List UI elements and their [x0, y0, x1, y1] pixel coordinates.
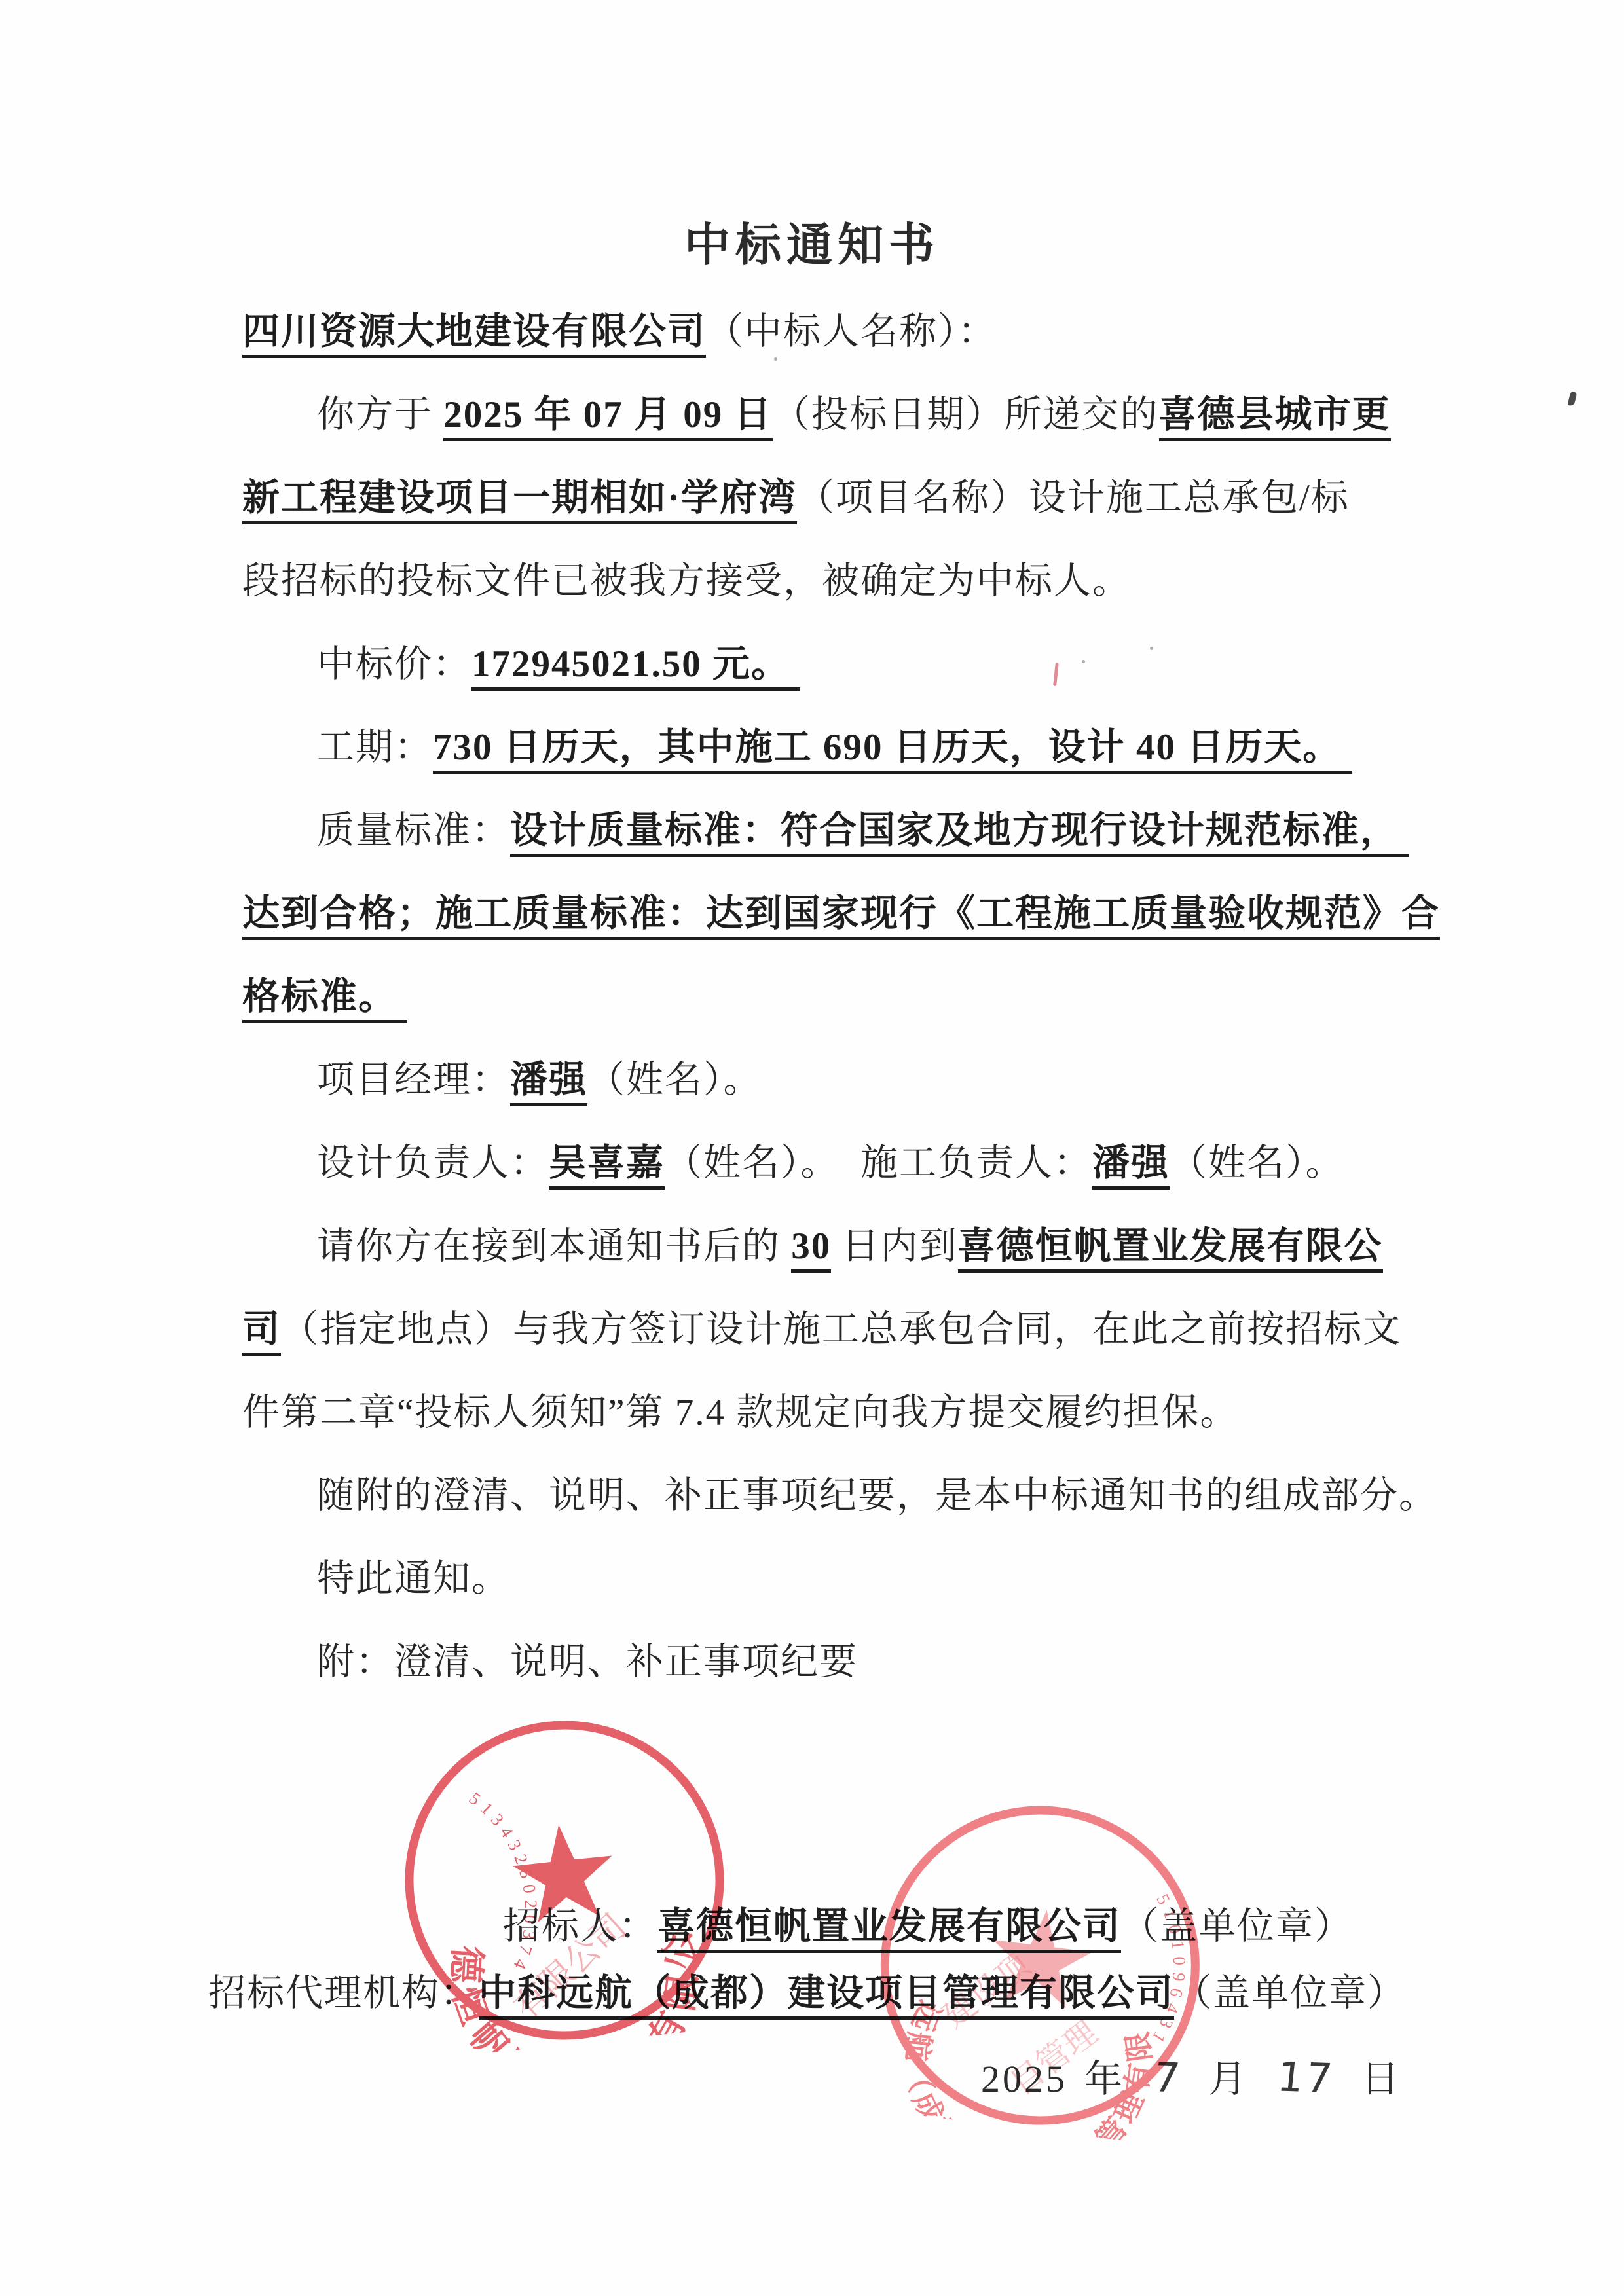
- text-segment: 招标代理机构：: [208, 1973, 479, 2014]
- text-segment: 730 日历天，其中施工 690 日历天，设计 40 日历天。: [433, 727, 1352, 774]
- body-line: 四川资源大地建设有限公司（中标人名称）：: [242, 296, 1408, 379]
- text-segment: （中标人名称）：: [706, 311, 997, 352]
- date-text: 月: [1208, 2048, 1249, 2103]
- scanned-document-page: 中标通知书 四川资源大地建设有限公司（中标人名称）：你方于 2025 年 07 …: [0, 0, 1624, 2296]
- text-segment: 附：澄清、说明、补正事项纪要: [317, 1641, 858, 1683]
- text-segment: 你方于: [317, 394, 443, 435]
- text-segment: 吴喜嘉: [549, 1142, 665, 1190]
- body-line: 附：澄清、说明、补正事项纪要: [242, 1626, 1408, 1709]
- body-line: 达到合格；施工质量标准：达到国家现行《工程施工质量验收规范》合: [242, 878, 1408, 961]
- text-segment: 四川资源大地建设有限公司: [242, 311, 706, 358]
- text-segment: （指定地点）与我方签订设计施工总承包合同，在此之前按招标文: [281, 1309, 1401, 1350]
- body-line: 你方于 2025 年 07 月 09 日（投标日期）所递交的喜德县城市更: [242, 379, 1408, 462]
- scan-speck: [774, 357, 777, 361]
- text-segment: 设计质量标准：符合国家及地方现行设计规范标准，: [510, 810, 1409, 857]
- text-segment: 中科远航（成都）建设项目管理有限公司: [479, 1973, 1174, 2020]
- text-segment: 2025 年 07 月 09 日: [443, 394, 772, 441]
- bidder-signature-line: 招标人：喜德恒帆置业发展有限公司（盖单位章）: [503, 1904, 1353, 1950]
- body-line: 项目经理：潘强（姓名）。: [242, 1044, 1408, 1127]
- body-line: 段招标的投标文件已被我方接受，被确定为中标人。: [242, 545, 1408, 629]
- text-segment: （投标日期）所递交的: [773, 394, 1159, 435]
- text-segment: 172945021.50 元。: [471, 644, 800, 691]
- text-segment: 段招标的投标文件已被我方接受，被确定为中标人。: [242, 560, 1131, 602]
- text-segment: 质量标准：: [317, 810, 510, 851]
- text-segment: 潘强: [510, 1059, 587, 1106]
- date-text: 年: [1084, 2048, 1125, 2103]
- text-segment: 新工程建设项目一期相如·学府湾: [242, 477, 797, 524]
- text-segment: 格标准。: [242, 976, 407, 1023]
- body-line: 设计负责人：吴喜嘉（姓名）。 施工负责人：潘强（姓名）。: [242, 1127, 1408, 1211]
- ink-speck-artifact: [1567, 391, 1577, 407]
- scan-speck: [1082, 660, 1085, 663]
- text-segment: 设计负责人：: [317, 1142, 549, 1184]
- text-segment: （盖单位章）: [1121, 1906, 1353, 1947]
- text-segment: 喜德县城市更: [1159, 394, 1391, 441]
- body-line: 新工程建设项目一期相如·学府湾（项目名称）设计施工总承包/标: [242, 462, 1408, 545]
- body-line: 中标价：172945021.50 元。: [242, 629, 1408, 712]
- text-segment: 30: [791, 1226, 831, 1273]
- text-segment: 随附的澄清、说明、补正事项纪要，是本中标通知书的组成部分。: [317, 1475, 1437, 1516]
- document-body: 四川资源大地建设有限公司（中标人名称）：你方于 2025 年 07 月 09 日…: [242, 296, 1408, 1709]
- handwritten-date-value: 17: [1276, 2053, 1338, 2103]
- text-segment: 潘强: [1092, 1142, 1170, 1190]
- text-segment: 施工负责人：: [860, 1142, 1092, 1184]
- text-segment: 中标价：: [317, 644, 471, 685]
- handwritten-date-value: 7: [1151, 2053, 1185, 2102]
- seal-serial-number: 5134325020374: [464, 1783, 548, 1982]
- text-segment: （盖单位章）: [1174, 1973, 1406, 2014]
- text-segment: 工期：: [317, 727, 433, 768]
- body-line: 司（指定地点）与我方签订设计施工总承包合同，在此之前按招标文: [242, 1294, 1408, 1377]
- document-title: 中标通知书: [0, 208, 1624, 274]
- text-segment: 特此通知。: [317, 1558, 510, 1599]
- body-line: 工期：730 日历天，其中施工 690 日历天，设计 40 日历天。: [242, 712, 1408, 795]
- text-segment: 喜德恒帆置业发展有限公: [958, 1226, 1383, 1273]
- body-line: 件第二章“投标人须知”第 7.4 款规定向我方提交履约担保。: [242, 1377, 1408, 1460]
- text-segment: 喜德恒帆置业发展有限公司: [657, 1906, 1121, 1953]
- agency-signature-line: 招标代理机构：中科远航（成都）建设项目管理有限公司（盖单位章）: [208, 1971, 1406, 2016]
- body-line: 格标准。: [242, 961, 1408, 1044]
- date-text: 2025: [981, 2057, 1067, 2101]
- text-segment: （姓名）。: [665, 1142, 860, 1184]
- text-segment: 请你方在接到本通知书后的: [317, 1226, 791, 1267]
- date-text: 日: [1361, 2048, 1401, 2103]
- text-segment: 招标人：: [503, 1906, 657, 1947]
- text-segment: 达到合格；施工质量标准：达到国家现行《工程施工质量验收规范》合: [242, 893, 1440, 940]
- text-segment: 日内到: [831, 1226, 957, 1267]
- body-line: 特此通知。: [242, 1543, 1408, 1626]
- text-segment: （项目名称）设计施工总承包/标: [797, 477, 1350, 519]
- scan-speck: [1150, 647, 1153, 650]
- text-segment: 件第二章“投标人须知”第 7.4 款规定向我方提交履约担保。: [242, 1392, 1238, 1433]
- body-line: 质量标准：设计质量标准：符合国家及地方现行设计规范标准，: [242, 795, 1408, 878]
- text-segment: 项目经理：: [317, 1059, 510, 1101]
- text-segment: （姓名）。: [1170, 1142, 1344, 1184]
- date-line: 2025年7月17日: [981, 2048, 1418, 2103]
- body-line: 请你方在接到本通知书后的 30 日内到喜德恒帆置业发展有限公: [242, 1211, 1408, 1294]
- text-segment: 司: [242, 1309, 281, 1356]
- text-segment: （姓名）。: [587, 1059, 762, 1101]
- body-line: 随附的澄清、说明、补正事项纪要，是本中标通知书的组成部分。: [242, 1460, 1408, 1543]
